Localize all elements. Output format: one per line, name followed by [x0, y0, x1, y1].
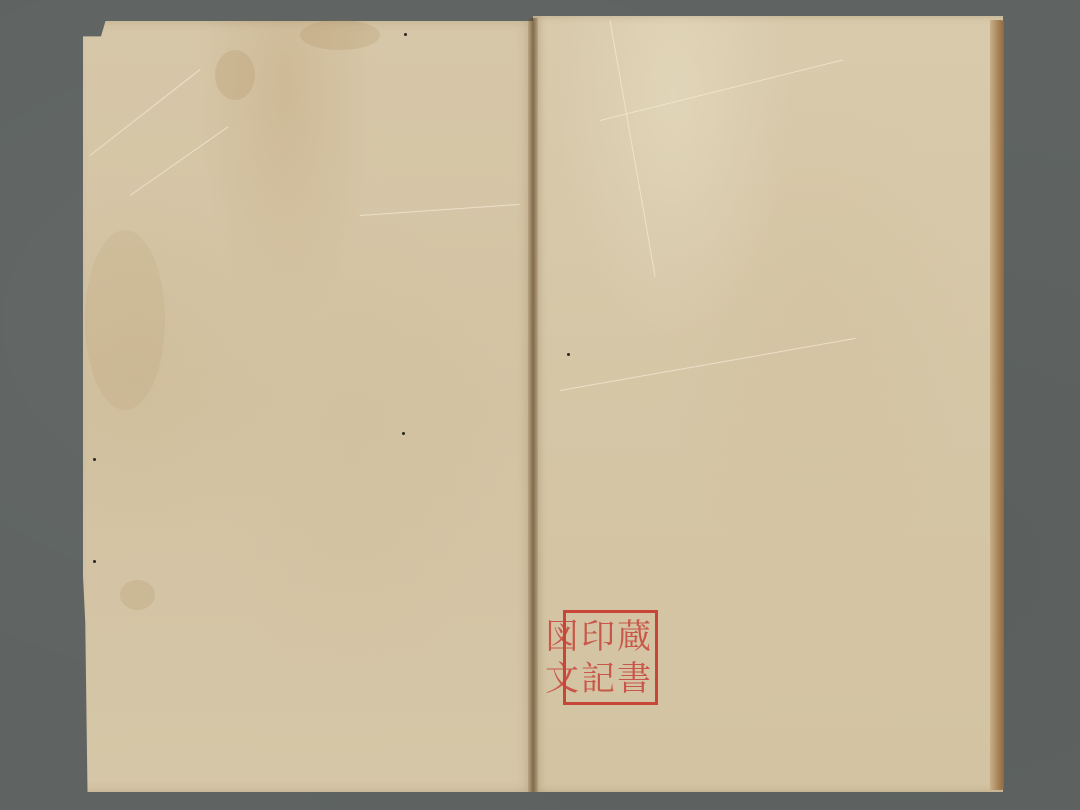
stain: [215, 50, 255, 100]
red-seal-stamp: 蔵 書 印 記 図 文: [563, 610, 658, 705]
stain: [85, 230, 165, 410]
stain: [120, 580, 155, 610]
seal-character: 図: [545, 617, 579, 657]
seal-character: 蔵: [617, 617, 651, 657]
page-block-edge: [990, 20, 1004, 790]
ink-speck: [93, 458, 96, 461]
open-book: 蔵 書 印 記 図 文: [0, 0, 1080, 810]
seal-character: 記: [581, 659, 615, 699]
ink-speck: [93, 560, 96, 563]
ink-speck: [404, 33, 407, 36]
seal-character: 文: [545, 659, 579, 699]
seal-character: 書: [617, 659, 651, 699]
stain: [300, 20, 380, 50]
spine-gutter: [528, 18, 538, 792]
ink-speck: [567, 353, 570, 356]
seal-character: 印: [581, 617, 615, 657]
left-page: [83, 21, 533, 792]
ink-speck: [402, 432, 405, 435]
